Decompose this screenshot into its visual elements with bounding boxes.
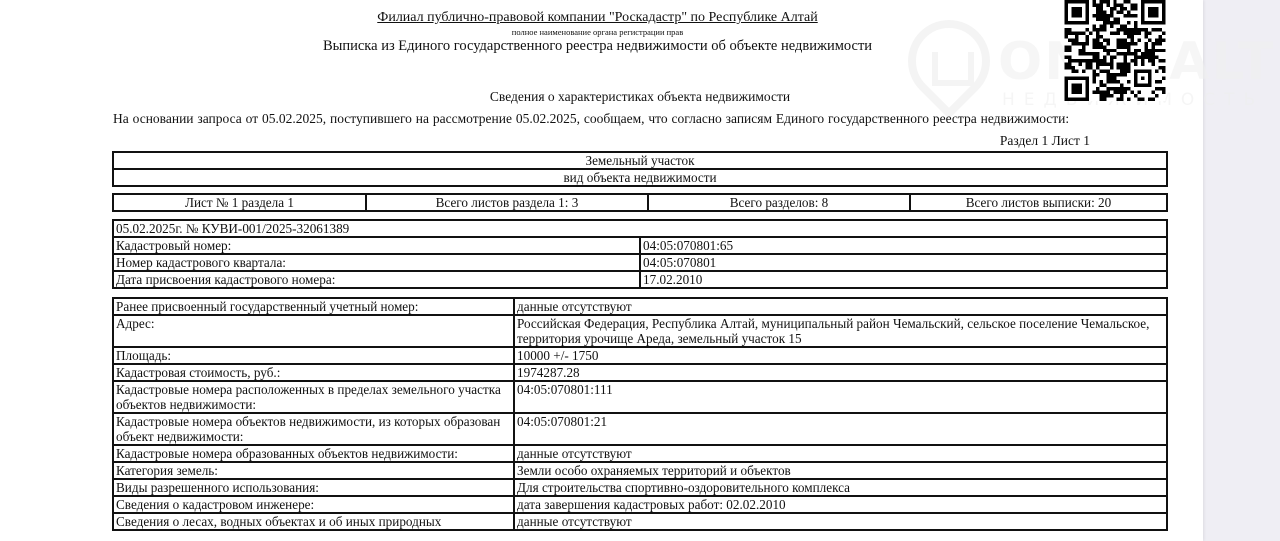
field-label: Виды разрешенного использования: bbox=[113, 479, 514, 496]
document-page: ONREALT НЕДВИЖИМОСТЬ Филиал публично-пра… bbox=[0, 0, 1203, 541]
field-label: Сведения о лесах, водных объектах и об и… bbox=[113, 513, 514, 530]
table-row: Кадастровая стоимость, руб.:1974287.28 bbox=[113, 364, 1167, 381]
field-value: Российская Федерация, Республика Алтай, … bbox=[514, 315, 1167, 347]
extract-sheets-total: Всего листов выписки: 20 bbox=[910, 194, 1167, 211]
object-type-table: Земельный участок вид объекта недвижимос… bbox=[112, 151, 1168, 187]
extract-id: 05.02.2025г. № КУВИ-001/2025-32061389 bbox=[113, 220, 1167, 237]
intro-text: На основании запроса от 05.02.2025, пост… bbox=[113, 111, 1069, 127]
field-value: 10000 +/- 1750 bbox=[514, 347, 1167, 364]
sheet-info-table: Лист № 1 раздела 1 Всего листов раздела … bbox=[112, 193, 1168, 212]
table-row: Ранее присвоенный государственный учетны… bbox=[113, 298, 1167, 315]
field-value: 04:05:070801:65 bbox=[640, 237, 1167, 254]
field-value: 04:05:070801 bbox=[640, 254, 1167, 271]
section-title: Сведения о характеристиках объекта недви… bbox=[0, 89, 1280, 105]
field-value: Для строительства спортивно-оздоровитель… bbox=[514, 479, 1167, 496]
field-label: Ранее присвоенный государственный учетны… bbox=[113, 298, 514, 315]
field-label: Адрес: bbox=[113, 315, 514, 347]
field-label: Номер кадастрового квартала: bbox=[113, 254, 640, 271]
field-label: Кадастровая стоимость, руб.: bbox=[113, 364, 514, 381]
table-row: Адрес:Российская Федерация, Республика А… bbox=[113, 315, 1167, 347]
sheet-reference: Раздел 1 Лист 1 bbox=[1000, 133, 1090, 149]
section-sheets-total: Всего листов раздела 1: 3 bbox=[366, 194, 648, 211]
sheet-number: Лист № 1 раздела 1 bbox=[113, 194, 366, 211]
table-row: Площадь:10000 +/- 1750 bbox=[113, 347, 1167, 364]
document-title: Выписка из Единого государственного реес… bbox=[0, 38, 1195, 55]
field-value: данные отсутствуют bbox=[514, 445, 1167, 462]
field-value: данные отсутствуют bbox=[514, 298, 1167, 315]
field-label: Кадастровый номер: bbox=[113, 237, 640, 254]
field-value: Земли особо охраняемых территорий и объе… bbox=[514, 462, 1167, 479]
field-label: Сведения о кадастровом инженере: bbox=[113, 496, 514, 513]
table-row: Номер кадастрового квартала:04:05:070801 bbox=[113, 254, 1167, 271]
organization-name: Филиал публично-правовой компании "Роска… bbox=[0, 10, 1195, 26]
table-row: Категория земель:Земли особо охраняемых … bbox=[113, 462, 1167, 479]
table-row: Виды разрешенного использования:Для стро… bbox=[113, 479, 1167, 496]
field-value: данные отсутствуют bbox=[514, 513, 1167, 530]
sections-total: Всего разделов: 8 bbox=[648, 194, 910, 211]
details-table: Ранее присвоенный государственный учетны… bbox=[112, 297, 1168, 531]
identity-table: 05.02.2025г. № КУВИ-001/2025-32061389 Ка… bbox=[112, 219, 1168, 289]
field-value: 17.02.2010 bbox=[640, 271, 1167, 288]
field-label: Кадастровые номера образованных объектов… bbox=[113, 445, 514, 462]
table-row: Дата присвоения кадастрового номера:17.0… bbox=[113, 271, 1167, 288]
field-label: Площадь: bbox=[113, 347, 514, 364]
field-label: Кадастровые номера объектов недвижимости… bbox=[113, 413, 514, 445]
object-type: Земельный участок bbox=[113, 152, 1167, 169]
house-icon bbox=[932, 52, 974, 86]
field-label: Дата присвоения кадастрового номера: bbox=[113, 271, 640, 288]
field-value: 04:05:070801:111 bbox=[514, 381, 1167, 413]
table-row: Кадастровые номера объектов недвижимости… bbox=[113, 413, 1167, 445]
table-row: Кадастровые номера расположенных в преде… bbox=[113, 381, 1167, 413]
field-value: 1974287.28 bbox=[514, 364, 1167, 381]
table-row: Кадастровые номера образованных объектов… bbox=[113, 445, 1167, 462]
field-value: дата завершения кадастровых работ: 02.02… bbox=[514, 496, 1167, 513]
field-value: 04:05:070801:21 bbox=[514, 413, 1167, 445]
table-row: Сведения о кадастровом инженере:дата зав… bbox=[113, 496, 1167, 513]
field-label: Кадастровые номера расположенных в преде… bbox=[113, 381, 514, 413]
organization-caption: полное наименование органа регистрации п… bbox=[0, 27, 1195, 37]
table-row: Сведения о лесах, водных объектах и об и… bbox=[113, 513, 1167, 530]
object-type-caption: вид объекта недвижимости bbox=[113, 169, 1167, 186]
field-label: Категория земель: bbox=[113, 462, 514, 479]
table-row: Кадастровый номер:04:05:070801:65 bbox=[113, 237, 1167, 254]
